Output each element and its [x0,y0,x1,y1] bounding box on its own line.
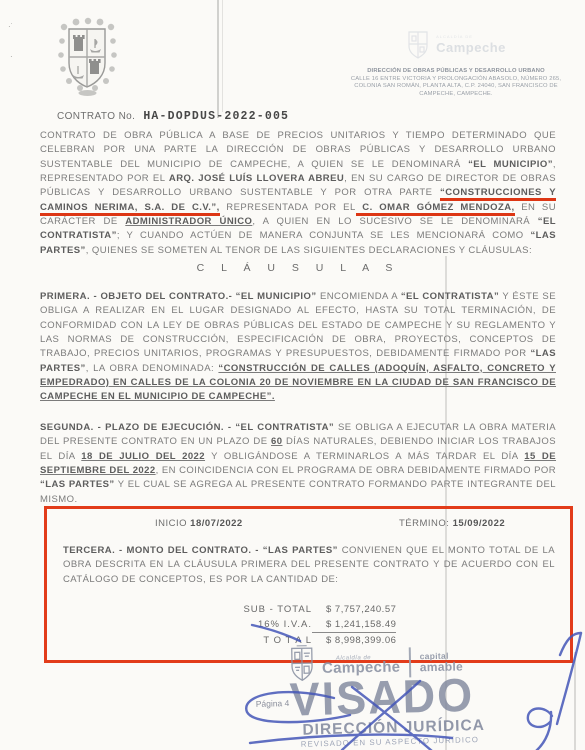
stamp-campeche-text: Alcaldía de Campeche [322,654,401,673]
totals-table: SUB - TOTAL $ 7,757,240.57 16% I.V.A. $ … [197,602,396,648]
termino-date: TÉRMINO: 15/09/2022 [399,518,505,529]
header-right-block: ALCALDÍA DE Campeche DIRECCIÓN DE OBRAS … [330,30,582,98]
scan-fold-line [222,0,223,112]
scanned-contract-page: ·˙ · [0,0,585,750]
address-line: DIRECCIÓN DE OBRAS PÚBLICAS Y DESARROLLO… [330,68,582,76]
contract-number-line: CONTRATO No.HA-DOPDUS-2022-005 [57,110,289,123]
visado-stamp: Página 4 VISADO DIRECCIÓN JURÍDICA REVIS… [249,673,485,750]
scan-speck: · [10,52,13,61]
contract-label: CONTRATO No. [57,111,135,122]
campeche-stamp-name: Campeche [322,663,400,673]
scan-speck: ·˙ [8,22,13,31]
paragraph-clausula-segunda: SEGUNDA. - PLAZO DE EJECUCIÓN. - “EL CON… [40,421,556,507]
page-number: Página 4 [256,698,290,709]
red-annotation-box: INICIO 18/07/2022 TÉRMINO: 15/09/2022 TE… [44,506,573,663]
paragraph-intro: CONTRATO DE OBRA PÚBLICA A BASE DE PRECI… [40,129,556,258]
office-address: DIRECCIÓN DE OBRAS PÚBLICAS Y DESARROLLO… [330,68,582,98]
contract-number: HA-DOPDUS-2022-005 [143,110,289,123]
logo-name: Campeche [436,40,506,55]
alcaldia-shield-icon [406,30,430,60]
inicio-date: INICIO 18/07/2022 [155,518,243,529]
campeche-coat-of-arms [56,17,118,104]
stamp-shield-icon [288,645,317,683]
alcaldia-campeche-logo: ALCALDÍA DE Campeche [330,30,582,60]
subtotal-row: SUB - TOTAL $ 7,757,240.57 [197,602,396,617]
iva-row: 16% I.V.A. $ 1,241,158.49 [197,617,396,633]
logo-small-caps: ALCALDÍA DE [436,34,506,39]
scan-fold-line [574,652,576,750]
campeche-capital-amable-stamp: Alcaldía de Campeche capital amable [288,642,464,683]
paragraph-clausula-primera: PRIMERA. - OBJETO DEL CONTRATO.- “EL MUN… [40,290,556,405]
paragraph-clausula-tercera: TERCERA. - MONTO DEL CONTRATO. - “LAS PA… [63,544,555,587]
scan-fold-line [217,0,219,118]
address-line: COLONIA SAN ROMÁN, PLANTA ALTA, C.P. 240… [330,83,582,91]
address-line: CAMPECHE, CAMPECHE. [330,91,582,99]
clausulas-heading: C L Á U S U L A S [40,262,556,274]
stamp-divider [409,647,411,677]
capital-amable-text: capital amable [420,650,464,673]
